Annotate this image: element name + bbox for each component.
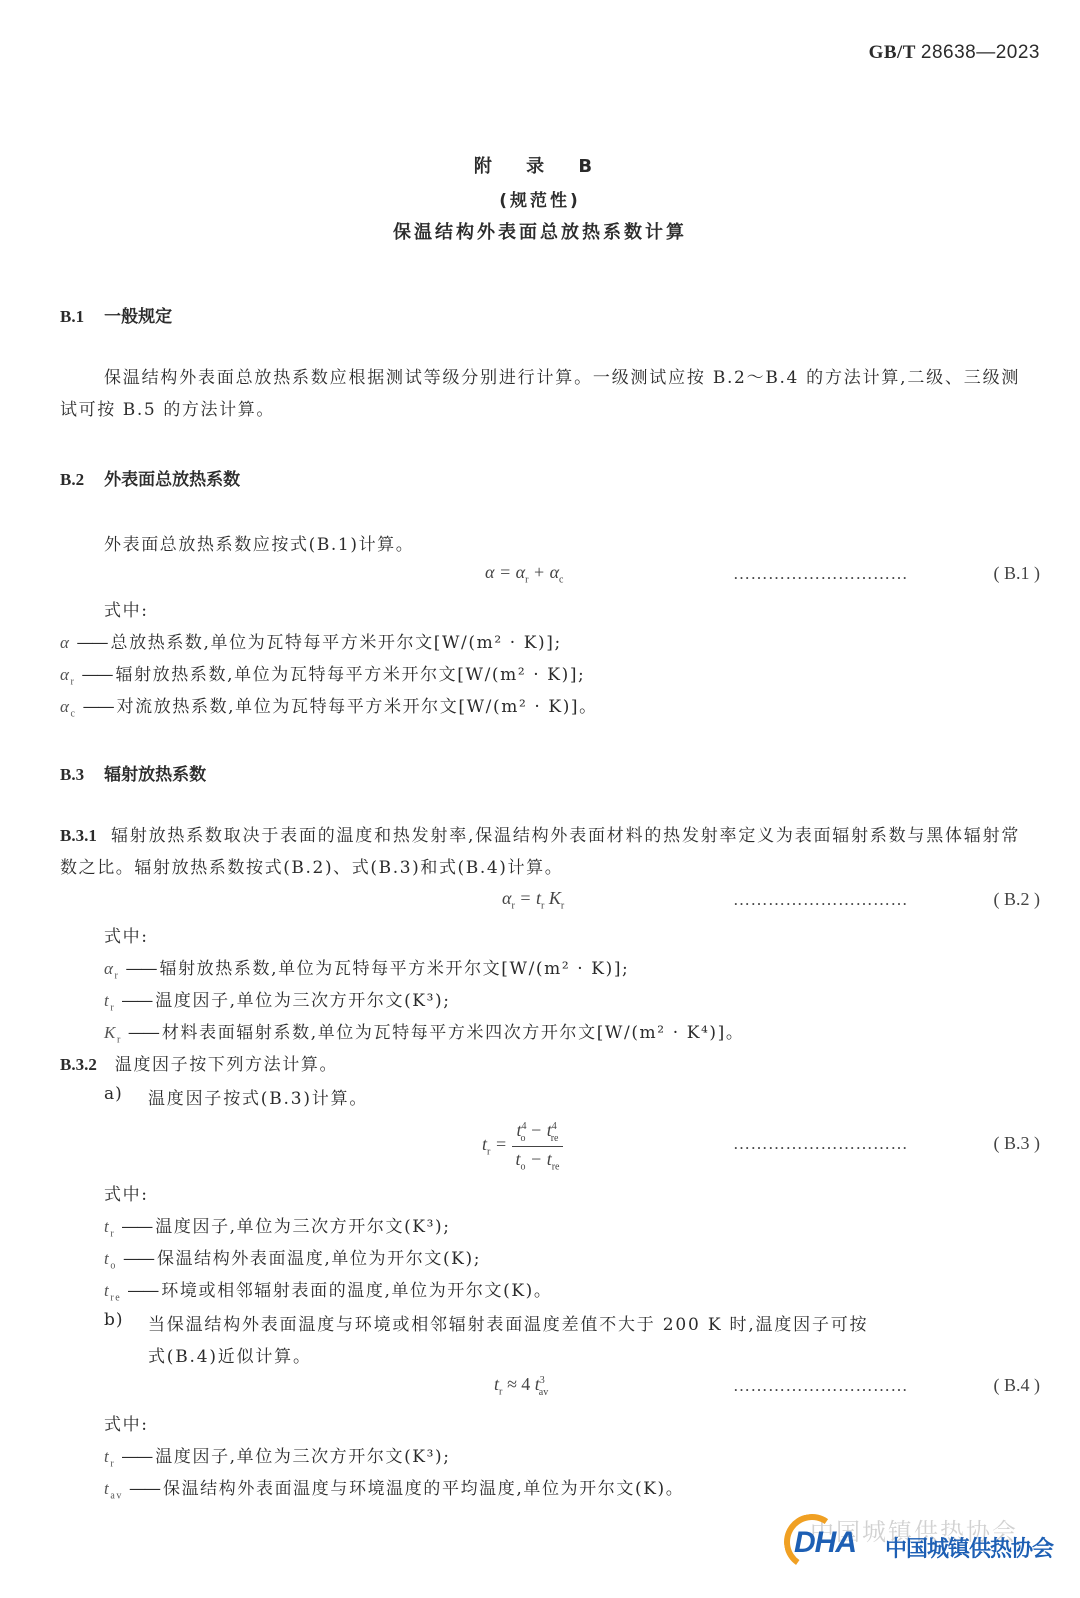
symbol: α <box>60 633 71 652</box>
definition-alpha-c: αc——对流放热系数,单位为瓦特每平方米开尔文[W/(m² · K)]。 <box>60 692 598 719</box>
b2-intro: 外表面总放热系数应按式(B.1)计算。 <box>104 530 414 555</box>
section-number: B.1 <box>60 307 84 326</box>
fraction: t4o − t4re to − tre <box>512 1120 564 1172</box>
formula-b4: tr ≈ 4 t3av <box>494 1374 548 1398</box>
clause-number: B.3.1 <box>60 826 97 845</box>
where-label: 式中: <box>104 1410 149 1435</box>
section-title: 一般规定 <box>104 307 172 327</box>
section-title: 外表面总放热系数 <box>104 470 240 490</box>
definition-alpha-r: αr——辐射放热系数,单位为瓦特每平方米开尔文[W/(m² · K)]; <box>104 954 629 981</box>
where-label: 式中: <box>104 922 149 947</box>
section-heading-b3: B.3辐射放热系数 <box>60 760 206 785</box>
definition-t-av: tav——保温结构外表面温度与环境温度的平均温度,单位为开尔文(K)。 <box>104 1474 684 1501</box>
list-item-text-b-line2: 式(B.4)近似计算。 <box>148 1342 312 1367</box>
equation-number-b4: ( B.4 ) <box>994 1375 1041 1396</box>
standard-code: 28638—2023 <box>921 42 1040 63</box>
formula-b3: tr = t4o − t4re to − tre <box>482 1120 563 1172</box>
definition-t-r: tr——温度因子,单位为三次方开尔文(K³); <box>104 1212 451 1239</box>
leader-dots: ………………………… <box>733 564 908 584</box>
formula-b2: αr = tr Kr <box>502 888 564 912</box>
b1-paragraph: 保温结构外表面总放热系数应根据测试等级分别进行计算。一级测试应按 B.2～B.4… <box>60 362 1020 426</box>
definition-alpha: α——总放热系数,单位为瓦特每平方米开尔文[W/(m² · K)]; <box>60 628 562 655</box>
symbol: αc <box>60 697 77 716</box>
where-label: 式中: <box>104 1180 149 1205</box>
appendix-title: 附 录 B <box>0 152 1080 178</box>
appendix-type: (规范性) <box>0 186 1080 211</box>
section-number: B.2 <box>60 470 84 489</box>
section-heading-b2: B.2外表面总放热系数 <box>60 465 240 490</box>
definition-alpha-r: αr——辐射放热系数,单位为瓦特每平方米开尔文[W/(m² · K)]; <box>60 660 585 687</box>
leader-dots: ………………………… <box>733 1134 908 1154</box>
standard-number: GB/T 28638—2023 <box>869 42 1040 64</box>
list-item-text-b-line1: 当保温结构外表面温度与环境或相邻辐射表面温度差值不大于 200 K 时,温度因子… <box>148 1310 868 1335</box>
definition-t-r: tr——温度因子,单位为三次方开尔文(K³); <box>104 1442 451 1469</box>
section-title: 辐射放热系数 <box>104 765 206 785</box>
watermark: 中国城镇供热协会 DHA 中国城镇供热协会 <box>770 1508 1070 1568</box>
organization-name: 中国城镇供热协会 <box>885 1532 1053 1563</box>
appendix-name: 保温结构外表面总放热系数计算 <box>0 218 1080 244</box>
leader-dots: ………………………… <box>733 890 908 910</box>
section-heading-b1: B.1一般规定 <box>60 302 172 327</box>
leader-dots: ………………………… <box>733 1376 908 1396</box>
list-item-label-a: a) <box>104 1084 123 1104</box>
definition-k-r: Kr——材料表面辐射系数,单位为瓦特每平方米四次方开尔文[W/(m² · K⁴)… <box>104 1018 745 1045</box>
b31-paragraph: B.3.1辐射放热系数取决于表面的温度和热发射率,保温结构外表面材料的热发射率定… <box>60 820 1020 884</box>
list-item-label-b: b) <box>104 1310 124 1330</box>
standard-prefix: GB/T <box>869 42 916 63</box>
equation-number-b3: ( B.3 ) <box>994 1133 1041 1154</box>
where-label: 式中: <box>104 596 149 621</box>
definition-t-re: tre——环境或相邻辐射表面的温度,单位为开尔文(K)。 <box>104 1276 552 1303</box>
dha-logo: DHA <box>794 1526 856 1560</box>
b32-paragraph: B.3.2温度因子按下列方法计算。 <box>60 1050 338 1075</box>
symbol: αr <box>60 665 75 684</box>
formula-b1: α = αr + αc <box>485 562 563 586</box>
list-item-text-a: 温度因子按式(B.3)计算。 <box>148 1084 368 1109</box>
equation-number-b1: ( B.1 ) <box>994 563 1041 584</box>
definition-t-o: to——保温结构外表面温度,单位为开尔文(K); <box>104 1244 481 1271</box>
section-number: B.3 <box>60 765 84 784</box>
definition-t-r: tr——温度因子,单位为三次方开尔文(K³); <box>104 986 451 1013</box>
equation-number-b2: ( B.2 ) <box>994 889 1041 910</box>
clause-number: B.3.2 <box>60 1055 97 1074</box>
